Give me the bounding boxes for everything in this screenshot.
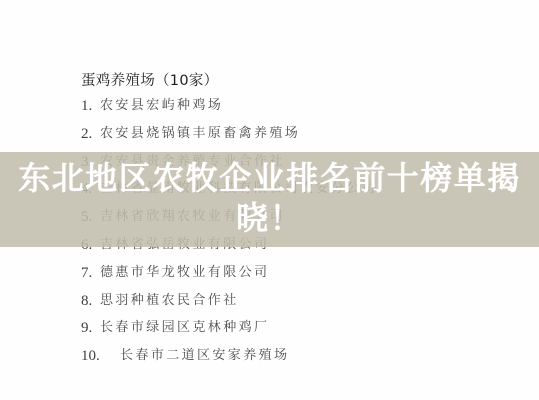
item-number: 7. (81, 263, 100, 283)
list-item: 1. 农安县宏屿种鸡场 (81, 96, 377, 124)
item-number: 8. (81, 291, 100, 311)
item-number: 2. (81, 124, 100, 144)
item-number: 9. (81, 318, 100, 338)
item-text: 农安县宏屿种鸡场 (100, 96, 223, 116)
list-item: 10. 长春市二道区安家养殖场 (81, 346, 377, 374)
item-text: 农安县烧锅镇丰原畜禽养殖场 (100, 124, 300, 144)
headline: 东北地区农牧企业排名前十榜单揭 晓！ (0, 158, 539, 238)
item-text: 思羽种植农民合作社 (100, 291, 239, 311)
article-image: 蛋鸡养殖场（10家） 1. 农安县宏屿种鸡场 2. 农安县烧锅镇丰原畜禽养殖场 … (0, 0, 539, 400)
item-text: 长春市二道区安家养殖场 (120, 346, 289, 366)
list-item: 2. 农安县烧锅镇丰原畜禽养殖场 (81, 124, 377, 152)
item-text: 德惠市华龙牧业有限公司 (100, 263, 269, 283)
item-text: 长春市绿园区克林种鸡厂 (100, 318, 269, 338)
headline-line-2: 晓！ (0, 198, 539, 238)
list-item: 9. 长春市绿园区克林种鸡厂 (81, 318, 377, 346)
headline-line-1: 东北地区农牧企业排名前十榜单揭 (0, 158, 539, 198)
list-item: 7. 德惠市华龙牧业有限公司 (81, 263, 377, 291)
item-number: 10. (81, 346, 120, 366)
document-title: 蛋鸡养殖场（10家） (81, 69, 218, 90)
item-number: 1. (81, 96, 100, 116)
list-item: 8. 思羽种植农民合作社 (81, 291, 377, 319)
